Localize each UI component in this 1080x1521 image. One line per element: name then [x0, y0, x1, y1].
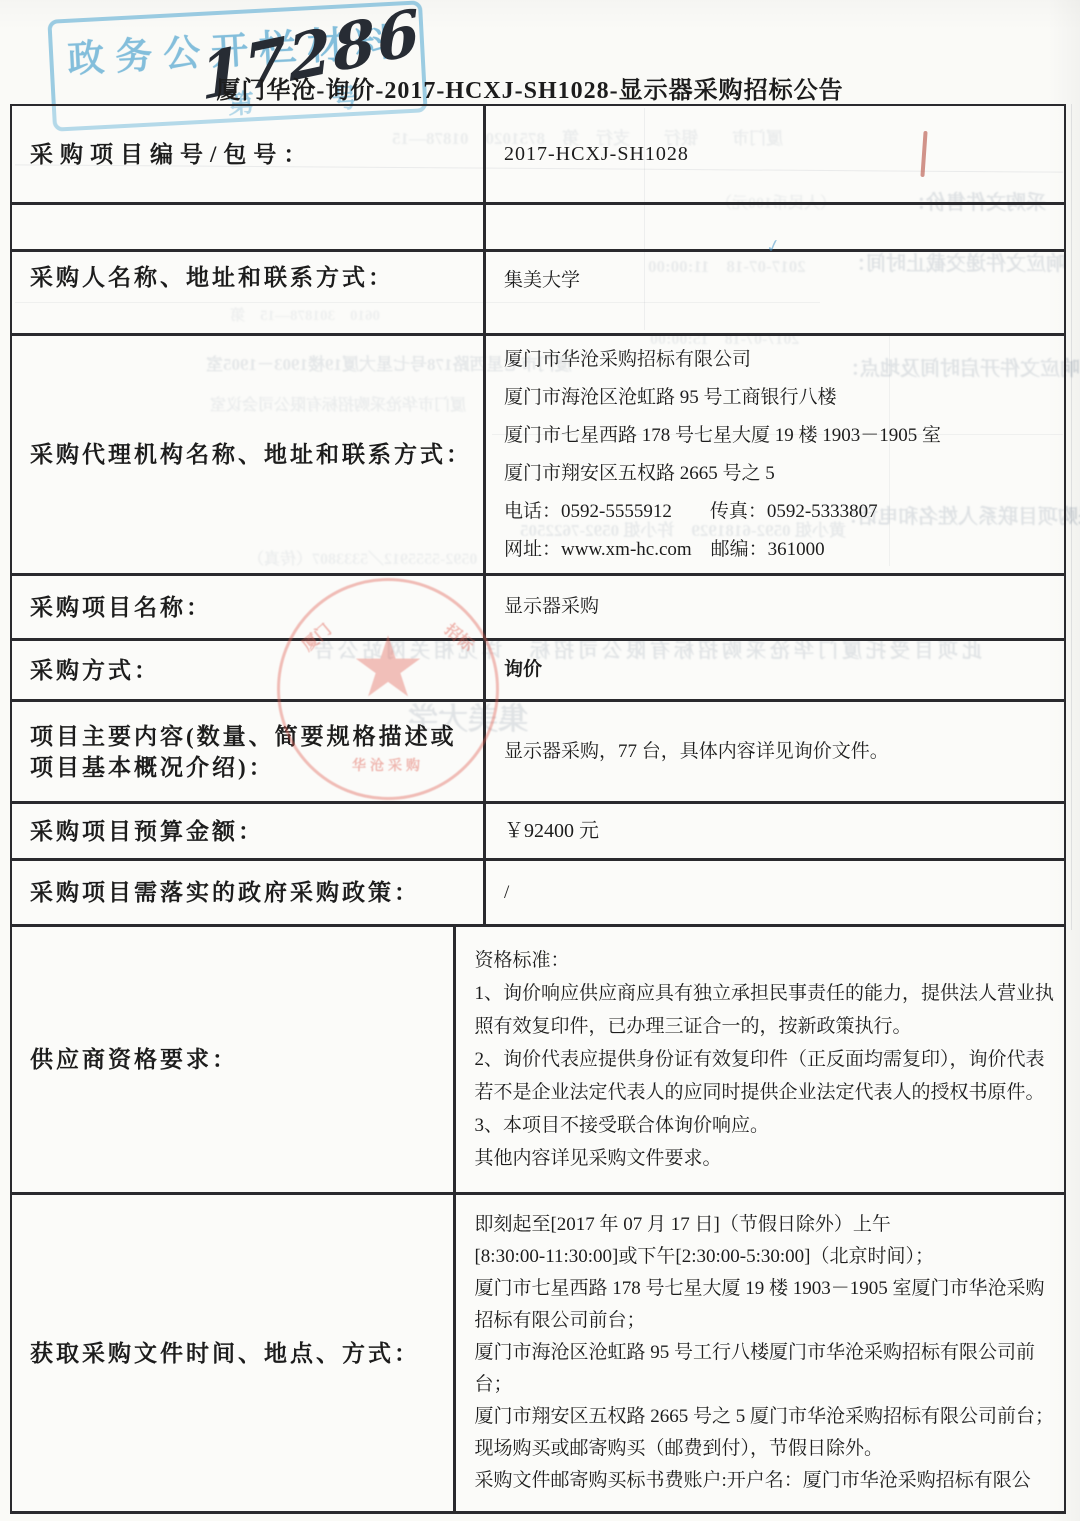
row-value: 即刻起至[2017 年 07 月 17 日]（节假日除外）上午[8:30:00-… — [453, 1195, 1064, 1511]
value-line: 电话：0592-5555912 传真：0592-5333807 — [504, 493, 1054, 531]
value-line: 招标有限公司前台； — [474, 1305, 1054, 1337]
row-label: 采购代理机构名称、地址和联系方式： — [12, 336, 483, 573]
table-row: 采购人名称、地址和联系方式： 集美大学 — [12, 252, 1064, 336]
document-title: 厦门华沧-询价-2017-HCXJ-SH1028-显示器采购招标公告 — [180, 70, 880, 105]
row-value: ￥92400 元 — [483, 804, 1064, 858]
row-label: 采购人名称、地址和联系方式： — [12, 252, 483, 333]
value-line: 照有效复印件，已办理三证合一的，按新政策执行。 — [474, 1010, 1054, 1043]
table-row: 获取采购文件时间、地点、方式： 即刻起至[2017 年 07 月 17 日]（节… — [12, 1195, 1064, 1514]
table-row: 采购项目编号/包号： 2017-HCXJ-SH1028 — [12, 106, 1064, 205]
value-line: 其他内容详见采购文件要求。 — [474, 1142, 1054, 1175]
value-line: 厦门市海沧区沧虹路 95 号工行八楼厦门市华沧采购招标有限公司前 — [474, 1337, 1054, 1369]
table-row: 采购项目需落实的政府采购政策： / — [12, 861, 1064, 927]
value-line: 显示器采购，77 台，具体内容详见询价文件。 — [504, 735, 1054, 769]
value-line: 采购文件邮寄购买标书费账户:开户名：厦门市华沧采购招标有限公 — [474, 1465, 1054, 1497]
table-row: 采购方式： 询价 — [12, 641, 1064, 702]
value-line: 台； — [474, 1369, 1054, 1401]
value-line: 显示器采购 — [504, 590, 1054, 624]
value-line: ￥92400 元 — [504, 814, 1054, 848]
value-line: 厦门市华沧采购招标有限公司 — [504, 341, 1054, 379]
seal-arc-text: 招标 — [440, 617, 479, 655]
seal-arc-text: 华沧采购 — [352, 755, 424, 775]
row-label — [12, 205, 483, 249]
value-line: [8:30:00-11:30:00]或下午[2:30:00-5:30:00]（北… — [474, 1241, 1054, 1273]
row-value: 显示器采购，77 台，具体内容详见询价文件。 — [483, 702, 1064, 801]
star-icon: ★ — [350, 618, 425, 716]
value-line: 厦门市翔安区五权路 2665 号之 5 — [504, 455, 1054, 493]
value-line: 若不是企业法定代表人的应同时提供企业法定代表人的授权书原件。 — [474, 1076, 1054, 1109]
value-line: 网址：www.xm-hc.com 邮编：361000 — [504, 531, 1054, 569]
value-line: 资格标准： — [474, 944, 1054, 977]
value-line: 厦门市翔安区五权路 2665 号之 5 厦门市华沧采购招标有限公司前台； — [474, 1401, 1054, 1433]
value-line: 1、询价响应供应商应具有独立承担民事责任的能力，提供法人营业执 — [474, 977, 1054, 1010]
row-label: 采购项目预算金额： — [12, 804, 483, 858]
value-line: 现场购买或邮寄购买（邮费到付），节假日除外。 — [474, 1433, 1054, 1465]
value-line: / — [504, 876, 1054, 910]
row-value: 显示器采购 — [483, 576, 1064, 638]
table-row: 采购项目预算金额： ￥92400 元 — [12, 804, 1064, 861]
row-label: 获取采购文件时间、地点、方式： — [12, 1195, 453, 1511]
row-label: 采购项目编号/包号： — [12, 106, 483, 202]
value-line: 厦门市海沧区沧虹路 95 号工商银行八楼 — [504, 379, 1054, 417]
row-label: 供应商资格要求： — [12, 927, 453, 1192]
procurement-table: 采购项目编号/包号： 2017-HCXJ-SH1028 采购人名称、地址和联系方… — [10, 104, 1066, 1514]
value-line: 厦门市七星西路 178 号七星大厦 19 楼 1903－1905 室 — [504, 417, 1054, 455]
row-value: 集美大学 — [483, 252, 1064, 333]
row-value: 厦门市华沧采购招标有限公司厦门市海沧区沧虹路 95 号工商银行八楼厦门市七星西路… — [483, 336, 1064, 573]
row-value: 资格标准：1、询价响应供应商应具有独立承担民事责任的能力，提供法人营业执照有效复… — [453, 927, 1064, 1192]
row-label: 采购项目需落实的政府采购政策： — [12, 861, 483, 924]
value-line: 2、询价代表应提供身份证有效复印件（正反面均需复印），询价代表 — [474, 1043, 1054, 1076]
value-line: 即刻起至[2017 年 07 月 17 日]（节假日除外）上午 — [474, 1209, 1054, 1241]
table-row: 供应商资格要求： 资格标准：1、询价响应供应商应具有独立承担民事责任的能力，提供… — [12, 927, 1064, 1195]
row-value: 2017-HCXJ-SH1028 — [483, 106, 1064, 202]
scanned-tender-document: 厦门市 银行 支行 第 8751020 01878—15 采购文件售价： （人民… — [0, 0, 1080, 1521]
table-row: 采购项目名称： 显示器采购 — [12, 576, 1064, 641]
table-row — [12, 205, 1064, 252]
table-row: 项目主要内容(数量、简要规格描述或项目基本概况介绍)： 显示器采购，77 台，具… — [12, 702, 1064, 804]
value-line: 集美大学 — [504, 264, 1054, 298]
row-value: / — [483, 861, 1064, 924]
official-red-seal: ★ 厦门 招标 华沧采购 — [277, 578, 499, 800]
value-line: 厦门市七星西路 178 号七星大厦 19 楼 1903－1905 室厦门市华沧采… — [474, 1273, 1054, 1305]
seal-arc-text: 厦门 — [296, 617, 335, 655]
value-line: 2017-HCXJ-SH1028 — [504, 137, 1054, 171]
value-line: 3、本项目不接受联合体询价响应。 — [474, 1109, 1054, 1142]
row-value: 询价 — [483, 641, 1064, 699]
table-row: 采购代理机构名称、地址和联系方式： 厦门市华沧采购招标有限公司厦门市海沧区沧虹路… — [12, 336, 1064, 576]
value-line: 询价 — [504, 653, 1054, 687]
